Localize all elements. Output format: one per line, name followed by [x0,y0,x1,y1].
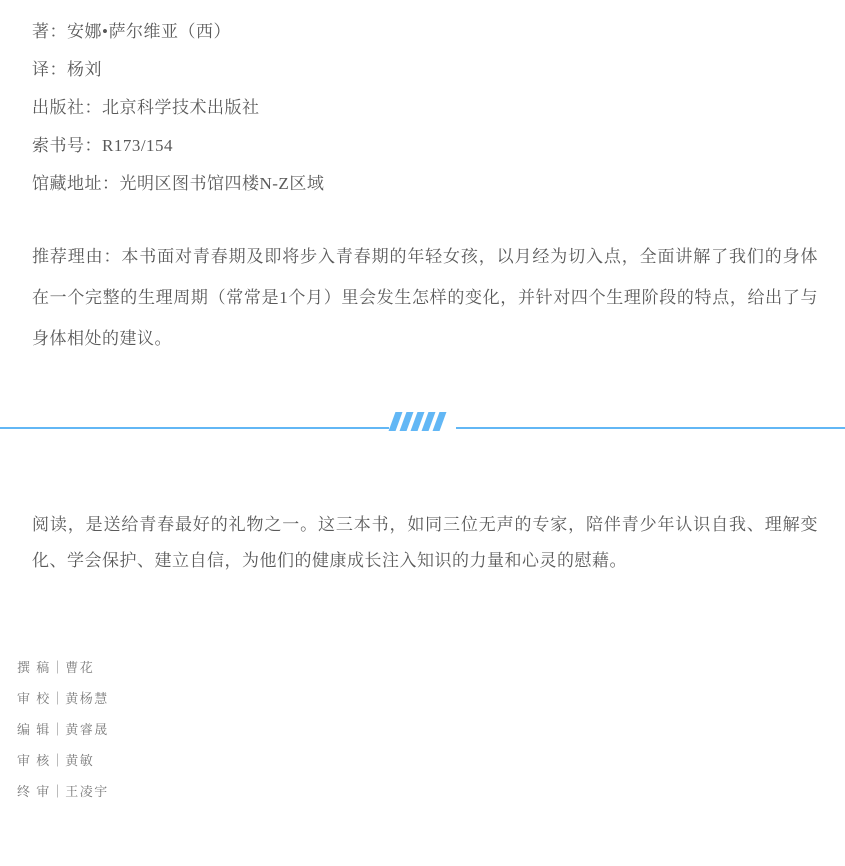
credit-line-reviewer: 审 核｜黄敏 [17,745,818,776]
divider-line-right [456,427,845,429]
book-translator-line: 译：杨刘 [32,51,818,89]
credit-role: 审 核 [17,753,51,768]
divider-slashes-icon [392,412,443,431]
credit-separator: ｜ [51,660,66,675]
book-info-section: 著：安娜•萨尔维亚（西） 译：杨刘 出版社：北京科学技术出版社 索书号：R173… [32,13,818,203]
credit-line-writer: 撰 稿｜曹花 [17,652,818,683]
credit-name: 曹花 [65,660,94,675]
book-location-line: 馆藏地址：光明区图书馆四楼N-Z区域 [32,165,818,203]
closing-paragraph: 阅读，是送给青春最好的礼物之一。这三本书，如同三位无声的专家，陪伴青少年认识自我… [32,507,818,579]
credit-separator: ｜ [51,753,66,768]
divider-line-left [0,427,389,429]
credit-role: 终 审 [17,784,51,799]
credit-separator: ｜ [51,691,66,706]
credit-name: 王凌宇 [65,784,109,799]
credit-role: 审 校 [17,691,51,706]
credit-separator: ｜ [51,784,66,799]
credit-name: 黄敏 [65,753,94,768]
credit-separator: ｜ [51,722,66,737]
credit-role: 撰 稿 [17,660,51,675]
book-callnumber-line: 索书号：R173/154 [32,127,818,165]
credit-name: 黄睿晟 [65,722,109,737]
slash-mark [432,412,445,431]
book-author-line: 著：安娜•萨尔维亚（西） [32,13,818,51]
credits-section: 撰 稿｜曹花 审 校｜黄杨慧 编 辑｜黄睿晟 审 核｜黄敏 终 审｜王凌宇 [17,652,818,807]
credit-line-editor: 编 辑｜黄睿晟 [17,714,818,745]
credit-line-proofreader: 审 校｜黄杨慧 [17,683,818,714]
article-page: 著：安娜•萨尔维亚（西） 译：杨刘 出版社：北京科学技术出版社 索书号：R173… [0,0,845,866]
book-publisher-line: 出版社：北京科学技术出版社 [32,89,818,127]
credit-line-final-reviewer: 终 审｜王凌宇 [17,776,818,807]
credit-name: 黄杨慧 [65,691,109,706]
credit-role: 编 辑 [17,722,51,737]
section-divider [0,410,845,434]
recommendation-paragraph: 推荐理由：本书面对青春期及即将步入青春期的年轻女孩，以月经为切入点，全面讲解了我… [32,236,818,359]
